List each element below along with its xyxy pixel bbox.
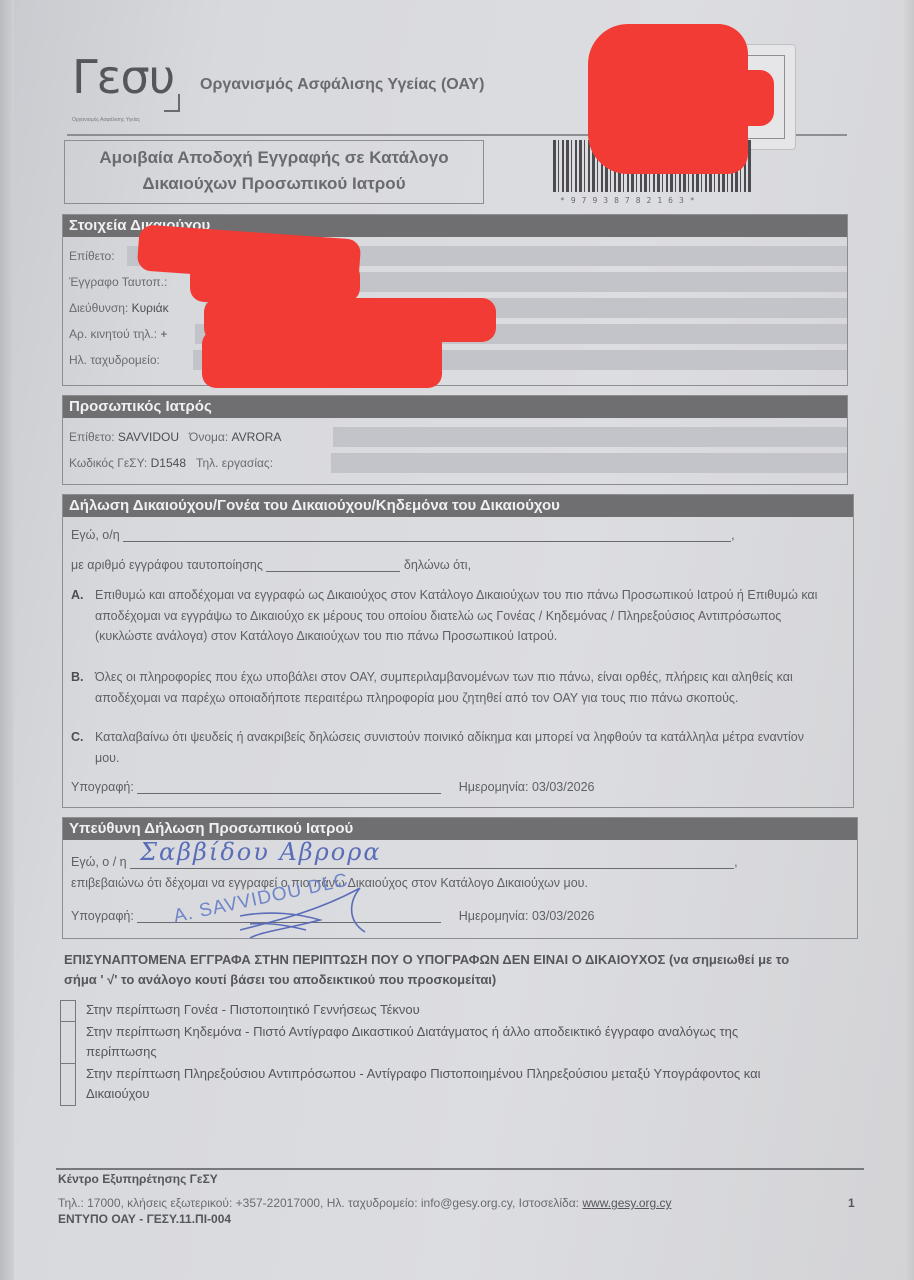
form-title: Αμοιβαία Αποδοχή Εγγραφής σε Κατάλογο Δι… (64, 140, 484, 204)
beneficiary-declaration-section: Δήλωση Δικαιούχου/Γονέα του Δικαιούχου/Κ… (62, 494, 854, 808)
footer-divider (56, 1168, 864, 1170)
date-value: 03/03/2026 (532, 780, 595, 794)
doctor-code-label: Κωδικός ΓεΣΥ: (69, 456, 147, 470)
barcode-number: *9793878216З* (560, 196, 701, 205)
doctor-name-row: Επίθετο: SAVVIDOU Όνομα: AVRORA (63, 424, 847, 450)
redaction-mark (700, 70, 774, 126)
id-number-input[interactable] (266, 557, 400, 572)
declaration-heading: Δήλωση Δικαιούχου/Γονέα του Δικαιούχου/Κ… (63, 495, 853, 517)
id-label: με αριθμό εγγράφου ταυτοποίησης (71, 558, 263, 572)
ego-label: Εγώ, ο/η (71, 528, 120, 542)
doctor-code-row: Κωδικός ΓεΣΥ: D1548 Τηλ. εργασίας: (63, 450, 847, 476)
doctor-heading: Προσωπικός Ιατρός (63, 396, 847, 418)
attachment-option-guardian: Στην περίπτωση Κηδεμόνα - Πιστό Αντίγραφ… (60, 1022, 820, 1064)
date-label: Ημερομηνία: (459, 780, 529, 794)
redaction-mark (190, 262, 360, 302)
website-link[interactable]: www.gesy.org.cy (582, 1196, 671, 1210)
logo-text: Γεσυ (72, 54, 174, 100)
signature-label: Υπογραφή: (71, 780, 134, 794)
footer-title: Κέντρο Εξυπηρέτησης ΓεΣΥ (58, 1172, 218, 1186)
signature-scribble-icon (210, 880, 370, 944)
attachment-option-proxy: Στην περίπτωση Πληρεξούσιου Αντιπρόσωπου… (60, 1064, 820, 1106)
doctor-date-label: Ημερομηνία: (459, 909, 529, 923)
form-title-line1: Αμοιβαία Αποδοχή Εγγραφής σε Κατάλογο (65, 145, 483, 171)
gesy-logo: Γεσυ (72, 54, 182, 114)
attachments-checklist: Στην περίπτωση Γονέα - Πιστοποιητικό Γεν… (60, 1000, 820, 1106)
doctor-section: Προσωπικός Ιατρός Επίθετο: SAVVIDOU Όνομ… (62, 395, 848, 485)
doctor-code-value: D1548 (151, 456, 186, 470)
doctor-name-value: AVRORA (232, 430, 282, 444)
field-label: Επίθετο: (69, 249, 115, 263)
doctor-declaration-heading: Υπεύθυνη Δήλωση Προσωπικού Ιατρού (63, 818, 857, 840)
declaration-item-c: C. Καταλαβαίνω ότι ψευδείς ή ανακριβείς … (71, 727, 831, 768)
footer-contact: Τηλ.: 17000, κλήσεις εξωτερικού: +357-22… (58, 1196, 672, 1210)
attachments-heading: ΕΠΙΣΥΝΑΠΤΟΜΕΝΑ ΕΓΓΡΑΦΑ ΣΤΗΝ ΠΕΡΙΠΤΩΣΗ ΠΟ… (64, 950, 804, 990)
id-line: με αριθμό εγγράφου ταυτοποίησης δηλώνω ό… (71, 557, 471, 572)
logo-bracket-icon (164, 94, 180, 112)
name-input[interactable] (123, 527, 731, 542)
checkbox-parent[interactable] (60, 1000, 76, 1022)
field-email[interactable]: Ηλ. ταχυδρομείο: (63, 347, 847, 373)
signature-line: Υπογραφή: Ημερομηνία: 03/03/2026 (71, 779, 595, 794)
declaration-item-b: B. Όλες οι πληροφορίες που έχω υποβάλει … (71, 667, 831, 708)
redaction-mark (202, 330, 442, 388)
form-title-line2: Δικαιούχων Προσωπικού Ιατρού (65, 171, 483, 197)
form-code: ΕΝΤΥΠΟ ΟΑΥ - ΓΕΣΥ.11.ΠΙ-004 (58, 1212, 231, 1226)
field-label: Έγγραφο Ταυτοπ.: (69, 275, 167, 289)
declaration-item-a: A. Επιθυμώ και αποδέχομαι να εγγραφώ ως … (71, 585, 831, 647)
checkbox-guardian[interactable] (60, 1022, 76, 1064)
doctor-ego-label: Εγώ, ο / η (71, 855, 127, 869)
organization-name: Οργανισμός Ασφάλισης Υγείας (ΟΑΥ) (200, 76, 484, 94)
field-label: Ηλ. ταχυδρομείο: (69, 353, 160, 367)
ego-line: Εγώ, ο/η , (71, 527, 735, 542)
signature-input[interactable] (137, 779, 441, 794)
attachment-option-parent: Στην περίπτωση Γονέα - Πιστοποιητικό Γεν… (60, 1000, 820, 1022)
field-label: Αρ. κινητού τηλ.: (69, 327, 157, 341)
doctor-signature-label: Υπογραφή: (71, 909, 134, 923)
page-number: 1 (848, 1196, 855, 1210)
field-label: Διεύθυνση: (69, 301, 128, 315)
checkbox-proxy[interactable] (60, 1064, 76, 1106)
logo-subtitle: Οργανισμός Ασφάλισης Υγείας (72, 117, 140, 123)
doctor-surname-value: SAVVIDOU (118, 430, 179, 444)
handwritten-name: Σαββίδου Αβρορα (140, 838, 382, 866)
page-shadow-left (0, 0, 14, 1280)
doctor-surname-label: Επίθετο: (69, 430, 115, 444)
doctor-date-value: 03/03/2026 (532, 909, 595, 923)
work-phone-label: Τηλ. εργασίας: (196, 456, 273, 470)
doctor-name-label: Όνομα: (189, 430, 228, 444)
declare-label: δηλώνω ότι, (404, 558, 471, 572)
page-shadow-right (904, 0, 914, 1280)
